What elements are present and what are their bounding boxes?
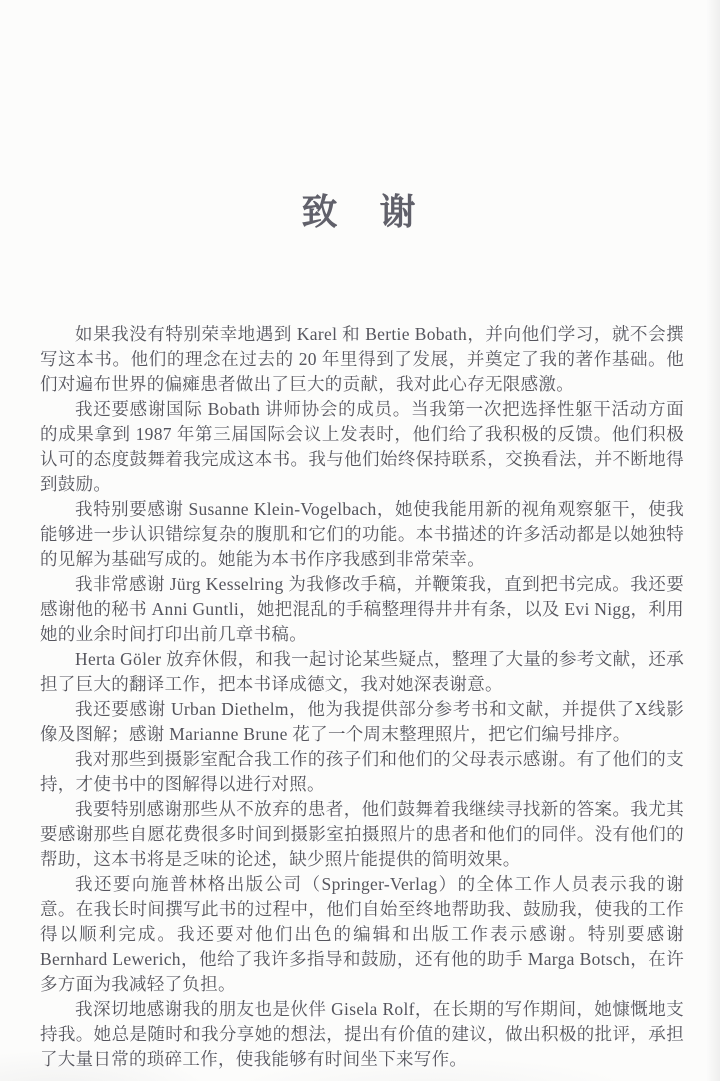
document-body: 如果我没有特别荣幸地遇到 Karel 和 Bertie Bobath，并向他们学… (40, 322, 684, 1072)
paragraph-diethelm-brune: 我还要感谢 Urban Diethelm，他为我提供部分参考书和文献，并提供了X… (40, 697, 684, 747)
paragraph-gisela-rolf: 我深切地感谢我的朋友也是伙伴 Gisela Rolf，在长期的写作期间，她慷慨地… (40, 997, 684, 1072)
paragraph-springer-verlag: 我还要向施普林格出版公司（Springer-Verlag）的全体工作人员表示我的… (40, 872, 684, 997)
paragraph-bobath-mentors: 如果我没有特别荣幸地遇到 Karel 和 Bertie Bobath，并向他们学… (40, 322, 684, 397)
paragraph-children-parents: 我对那些到摄影室配合我工作的孩子们和他们的父母表示感谢。有了他们的支持，才使书中… (40, 747, 684, 797)
paragraph-goler-translation: Herta Göler 放弃休假，和我一起讨论某些疑点，整理了大量的参考文献，还… (40, 647, 684, 697)
paragraph-patients: 我要特别感谢那些从不放弃的患者，他们鼓舞着我继续寻找新的答案。我尤其要感谢那些自… (40, 797, 684, 872)
paragraph-kesselring: 我非常感谢 Jürg Kesselring 为我修改手稿，并鞭策我，直到把书完成… (40, 572, 684, 647)
paragraph-bobath-association: 我还要感谢国际 Bobath 讲师协会的成员。当我第一次把选择性躯干活动方面的成… (40, 397, 684, 497)
paragraph-klein-vogelbach: 我特别要感谢 Susanne Klein-Vogelbach，她使我能用新的视角… (40, 497, 684, 572)
page-title: 致 谢 (0, 0, 720, 234)
document-page: 致 谢 如果我没有特别荣幸地遇到 Karel 和 Bertie Bobath，并… (0, 0, 720, 1081)
